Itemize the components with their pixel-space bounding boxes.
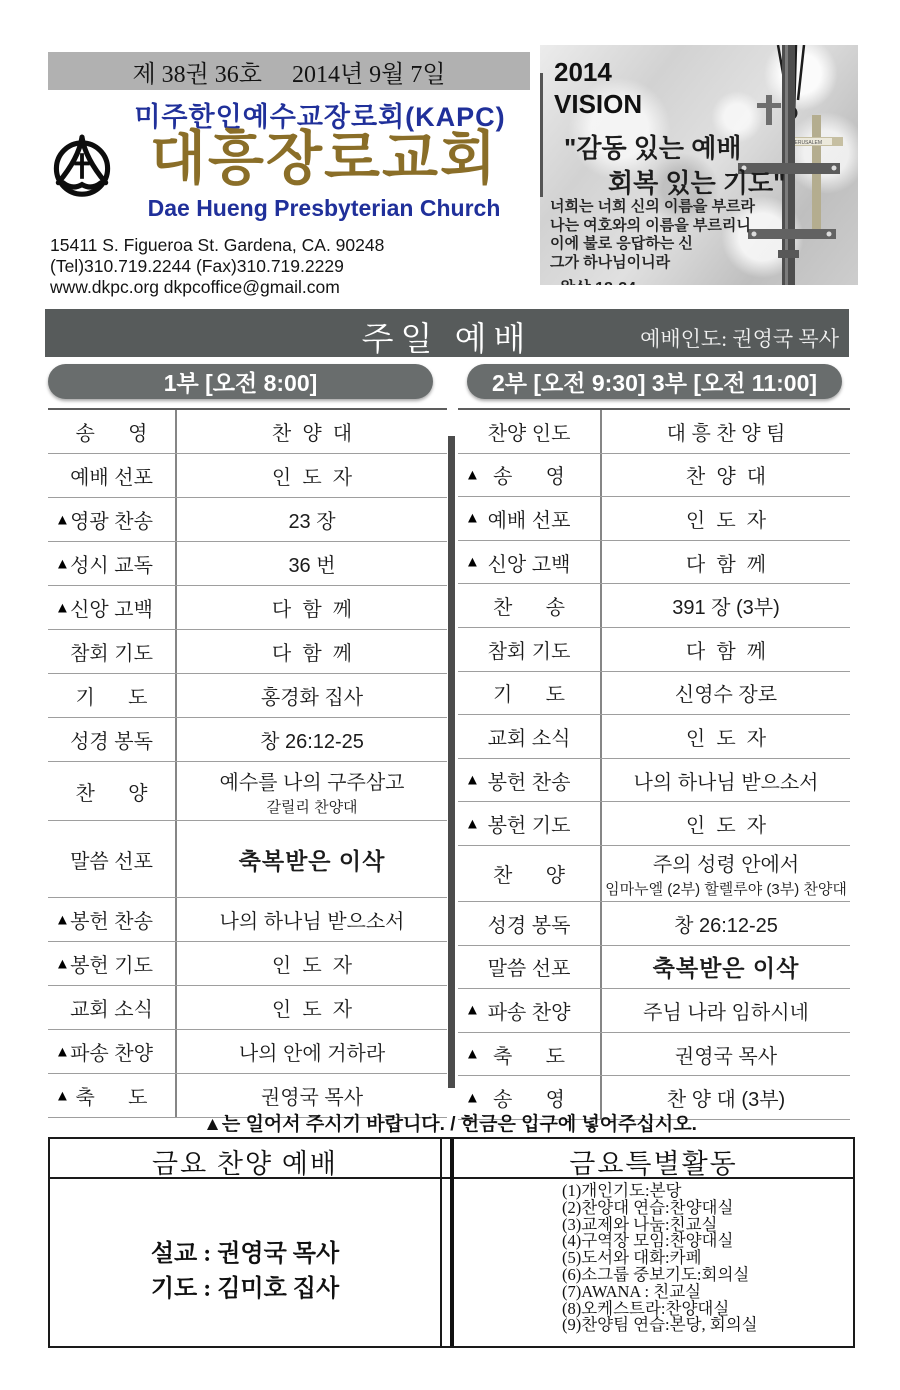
service-item-label: 파송 찬양 — [488, 996, 571, 1025]
service-row: ▲신앙 고백다 함 께 — [48, 586, 447, 630]
service-row: 송 영찬 양 대 — [48, 410, 447, 454]
service-row-value-cell: 다 함 께 — [602, 541, 850, 584]
service-row-label-cell: ▲봉헌 기도 — [458, 802, 602, 845]
service-row: 참회 기도다 함 께 — [458, 628, 850, 672]
service-item-label: 말씀 선포 — [70, 845, 153, 874]
service-row: 찬양 인도대 흥 찬 양 팀 — [458, 410, 850, 454]
service-item-value: 23 장 — [288, 505, 335, 534]
friday-vertical-rule-thin — [440, 1139, 442, 1346]
service-item-value: 인 도 자 — [272, 461, 352, 490]
service-1-header: 1부 [오전 8:00] — [48, 364, 433, 399]
service-item-value: 권영국 목사 — [261, 1081, 363, 1110]
service-item-label: 찬 양 — [493, 859, 565, 888]
service-row-value-cell: 36 번 — [177, 542, 447, 585]
service-row-label-cell: ▲신앙 고백 — [458, 541, 602, 584]
service-2-header: 2부 [오전 9:30] 3부 [오전 11:00] — [467, 364, 842, 399]
service-row-value-cell: 축복받은 이삭 — [177, 821, 447, 897]
service-row-value-cell: 391 장 (3부) — [602, 584, 850, 627]
service-row: 교회 소식인 도 자 — [48, 986, 447, 1030]
service-item-value: 주의 성령 안에서 — [653, 848, 799, 877]
service-item-label: 봉헌 기도 — [488, 809, 571, 838]
service-row: ▲봉헌 찬송나의 하나님 받으소서 — [48, 898, 447, 942]
service-item-label: 봉헌 기도 — [70, 949, 153, 978]
service-item-value: 나의 하나님 받으소서 — [634, 766, 819, 795]
standing-triangle-icon: ▲ — [55, 599, 70, 616]
standing-triangle-icon: ▲ — [55, 955, 70, 972]
list-line: 기도 : 김미호 집사 — [50, 1272, 440, 1307]
service-row-value-cell: 대 흥 찬 양 팀 — [602, 410, 850, 453]
service-row: ▲성시 교독36 번 — [48, 542, 447, 586]
service-item-value: 인 도 자 — [686, 504, 766, 533]
service-item-value: 인 도 자 — [686, 722, 766, 751]
church-logo-icon — [50, 126, 114, 206]
service-item-value: 찬 양 대 (3부) — [667, 1083, 785, 1112]
standing-triangle-icon: ▲ — [55, 1087, 70, 1104]
service-row: 말씀 선포축복받은 이삭 — [48, 821, 447, 898]
service-row-label-cell: 성경 봉독 — [48, 718, 177, 761]
table-divider-bar — [448, 436, 455, 1088]
service-item-value: 창 26:12-25 — [674, 909, 778, 938]
service-item-value: 홍경화 집사 — [261, 681, 363, 710]
service-row-label-cell: 찬양 인도 — [458, 410, 602, 453]
photo-left-rule — [540, 73, 543, 197]
service-item-value: 391 장 (3부) — [672, 591, 780, 620]
service-item-label: 신앙 고백 — [488, 548, 571, 577]
list-line: 그가 하나님이니라 — [550, 254, 755, 273]
list-line: 나는 여호와의 이름을 부르리니 — [550, 217, 755, 236]
service-row-value-cell: 신영수 장로 — [602, 672, 850, 715]
service-item-label: 신앙 고백 — [70, 593, 153, 622]
service-item-value: 대 흥 찬 양 팀 — [667, 417, 786, 446]
service-row-label-cell: 기 도 — [458, 672, 602, 715]
service-item-label: 찬 양 — [76, 777, 148, 806]
service-item-value: 찬 양 대 — [272, 417, 352, 446]
service-item-label: 영광 찬송 — [70, 505, 153, 534]
banner-leader: 예배인도: 권영국 목사 — [640, 323, 839, 353]
service-item-value: 다 함 께 — [686, 635, 766, 664]
service-row: ▲봉헌 찬송나의 하나님 받으소서 — [458, 759, 850, 803]
service-row: 찬 송391 장 (3부) — [458, 584, 850, 628]
service-row-value-cell: 다 함 께 — [177, 586, 447, 629]
list-line: 설교 : 권영국 목사 — [50, 1237, 440, 1272]
service-row-label-cell: ▲송 영 — [458, 454, 602, 497]
standing-triangle-icon: ▲ — [55, 911, 70, 928]
standing-triangle-icon: ▲ — [465, 466, 480, 483]
service-row-label-cell: 찬 양 — [48, 762, 177, 820]
service-item-value: 창 26:12-25 — [260, 725, 364, 754]
service-row-label-cell: ▲봉헌 찬송 — [48, 898, 177, 941]
service-item-value: 인 도 자 — [686, 809, 766, 838]
service-item-value: 다 함 께 — [686, 548, 766, 577]
service-row: ▲예배 선포인 도 자 — [458, 497, 850, 541]
standing-triangle-icon: ▲ — [55, 555, 70, 572]
service-item-label: 성시 교독 — [70, 549, 153, 578]
service-item-value: 다 함 께 — [272, 637, 352, 666]
service-row-label-cell: ▲봉헌 찬송 — [458, 759, 602, 802]
service-row-label-cell: 찬 양 — [458, 846, 602, 901]
service-row: ▲봉헌 기도인 도 자 — [458, 802, 850, 846]
service-row: 찬 양주의 성령 안에서임마누엘 (2부) 할렐루야 (3부) 찬양대 — [458, 846, 850, 902]
standing-triangle-icon: ▲ — [465, 815, 480, 832]
service-row: 말씀 선포축복받은 이삭 — [458, 946, 850, 990]
service-item-value: 인 도 자 — [272, 949, 352, 978]
service-item-label: 송 영 — [493, 1083, 565, 1112]
standing-footnote: ▲는 일어서 주시기 바랍니다. / 헌금은 입구에 넣어주십시오. — [0, 1109, 900, 1136]
service-item-value: 주님 나라 임하시네 — [643, 996, 809, 1025]
friday-worship-title: 금요 찬양 예배 — [50, 1142, 440, 1181]
service-row-label-cell: ▲축 도 — [458, 1033, 602, 1076]
service-row-value-cell: 창 26:12-25 — [177, 718, 447, 761]
service-item-label: 찬양 인도 — [488, 417, 571, 446]
service-row-value-cell: 찬 양 대 — [602, 454, 850, 497]
service-item-value: 다 함 께 — [272, 593, 352, 622]
standing-triangle-icon: ▲ — [465, 1089, 480, 1106]
service-row: ▲봉헌 기도인 도 자 — [48, 942, 447, 986]
standing-triangle-icon: ▲ — [465, 554, 480, 571]
service-item-label: 파송 찬양 — [70, 1037, 153, 1066]
svg-text:JERUSALEM: JERUSALEM — [792, 140, 822, 146]
friday-section-table: 금요 찬양 예배 금요특별활동 설교 : 권영국 목사기도 : 김미호 집사 (… — [48, 1137, 855, 1348]
standing-triangle-icon: ▲ — [465, 510, 480, 527]
vision-slogan-line2: 회복 있는 기도" — [608, 163, 785, 200]
service-row-label-cell: ▲신앙 고백 — [48, 586, 177, 629]
service-row-label-cell: 송 영 — [48, 410, 177, 453]
service-item-label: 기 도 — [76, 681, 148, 710]
service-item-value: 권영국 목사 — [675, 1040, 777, 1069]
service-item-value: 찬 양 대 — [686, 460, 766, 489]
service-row-label-cell: 참회 기도 — [458, 628, 602, 671]
address-line: 15411 S. Figueroa St. Gardena, CA. 90248 — [50, 235, 384, 256]
vision-verse: 너희는 너희 신의 이름을 부르라나는 여호와의 이름을 부르리니이에 불로 응… — [550, 198, 755, 272]
service-row-value-cell: 창 26:12-25 — [602, 902, 850, 945]
service-row-label-cell: 교회 소식 — [48, 986, 177, 1029]
service-row-value-cell: 인 도 자 — [177, 942, 447, 985]
service-item-value: 36 번 — [288, 549, 335, 578]
service-item-label: 말씀 선포 — [488, 952, 571, 981]
service-1-table: 송 영찬 양 대예배 선포인 도 자▲영광 찬송23 장▲성시 교독36 번▲신… — [48, 408, 447, 1118]
vision-label: VISION — [554, 89, 642, 120]
service-item-label: 예배 선포 — [70, 461, 153, 490]
service-row: 예배 선포인 도 자 — [48, 454, 447, 498]
vision-year: 2014 — [554, 57, 612, 88]
service-row-value-cell: 인 도 자 — [602, 497, 850, 540]
service-item-label: 기 도 — [493, 678, 565, 707]
service-row-label-cell: ▲파송 찬양 — [48, 1030, 177, 1073]
service-row-value-cell: 축복받은 이삭 — [602, 946, 850, 989]
service-item-label: 성경 봉독 — [70, 725, 153, 754]
service-row-value-cell: 인 도 자 — [177, 454, 447, 497]
bulletin-page: 제 38권 36호 2014년 9월 7일 미주한인예수교장로회(KAPC) 대… — [0, 0, 900, 1390]
service-item-value: 나의 안에 거하라 — [239, 1037, 385, 1066]
service-row-value-cell: 다 함 께 — [602, 628, 850, 671]
service-item-label: 축 도 — [76, 1081, 148, 1110]
service-row: 교회 소식인 도 자 — [458, 715, 850, 759]
service-row: ▲축 도권영국 목사 — [458, 1033, 850, 1077]
service-item-value: 축복받은 이삭 — [653, 950, 800, 983]
vision-photo: JERUSALEM 2014 VISION "감동 있는 예배 회복 있는 기도… — [540, 45, 858, 285]
issue-bar: 제 38권 36호 2014년 9월 7일 — [48, 52, 530, 90]
vision-verse-reference: - 왕상 18:24 — [550, 275, 636, 285]
service-2-table: 찬양 인도대 흥 찬 양 팀▲송 영찬 양 대▲예배 선포인 도 자▲신앙 고백… — [458, 408, 850, 1120]
standing-triangle-icon: ▲ — [55, 1043, 70, 1060]
service-row: ▲영광 찬송23 장 — [48, 498, 447, 542]
service-item-subvalue: 갈릴리 찬양대 — [266, 796, 357, 817]
phone-line: (Tel)310.719.2244 (Fax)310.719.2229 — [50, 256, 384, 277]
service-row-label-cell: 기 도 — [48, 674, 177, 717]
service-item-label: 찬 송 — [493, 591, 565, 620]
service-row-label-cell: 교회 소식 — [458, 715, 602, 758]
service-row-value-cell: 예수를 나의 구주삼고갈릴리 찬양대 — [177, 762, 447, 820]
church-name-english: Dae Hueng Presbyterian Church — [112, 195, 536, 222]
service-row-label-cell: ▲예배 선포 — [458, 497, 602, 540]
address-block: 15411 S. Figueroa St. Gardena, CA. 90248… — [50, 235, 384, 298]
service-item-value: 인 도 자 — [272, 993, 352, 1022]
list-line: (9)찬양팀 연습:본당, 회의실 — [562, 1317, 758, 1334]
standing-triangle-icon: ▲ — [465, 1046, 480, 1063]
service-item-subvalue: 임마누엘 (2부) 할렐루야 (3부) 찬양대 — [605, 878, 847, 899]
service-item-label: 봉헌 찬송 — [488, 766, 571, 795]
friday-activities-title: 금요특별활동 — [454, 1142, 853, 1181]
service-row: ▲파송 찬양나의 안에 거하라 — [48, 1030, 447, 1074]
service-row-label-cell: 말씀 선포 — [458, 946, 602, 989]
service-row-label-cell: 성경 봉독 — [458, 902, 602, 945]
service-row-value-cell: 나의 하나님 받으소서 — [602, 759, 850, 802]
service-item-label: 참회 기도 — [488, 635, 571, 664]
service-row-value-cell: 권영국 목사 — [602, 1033, 850, 1076]
service-item-label: 교회 소식 — [488, 722, 571, 751]
list-line: 이에 불로 응답하는 신 — [550, 235, 755, 254]
service-row: 찬 양예수를 나의 구주삼고갈릴리 찬양대 — [48, 762, 447, 821]
service-row-value-cell: 인 도 자 — [177, 986, 447, 1029]
service-item-label: 교회 소식 — [70, 993, 153, 1022]
service-row-value-cell: 홍경화 집사 — [177, 674, 447, 717]
issue-text: 제 38권 36호 2014년 9월 7일 — [132, 54, 445, 89]
service-row-label-cell: 참회 기도 — [48, 630, 177, 673]
service-row: 기 도신영수 장로 — [458, 672, 850, 716]
service-item-label: 봉헌 찬송 — [70, 905, 153, 934]
service-row: ▲파송 찬양주님 나라 임하시네 — [458, 989, 850, 1033]
standing-triangle-icon: ▲ — [465, 1002, 480, 1019]
service-item-label: 참회 기도 — [70, 637, 153, 666]
service-row-value-cell: 나의 안에 거하라 — [177, 1030, 447, 1073]
service-item-label: 축 도 — [493, 1040, 565, 1069]
service-item-label: 예배 선포 — [488, 504, 571, 533]
vision-slogan-line1: "감동 있는 예배 — [564, 128, 741, 165]
standing-triangle-icon: ▲ — [55, 511, 70, 528]
service-item-value: 예수를 나의 구주삼고 — [220, 766, 405, 795]
friday-activities-list: (1)개인기도:본당(2)찬양대 연습:찬양대실(3)교제와 나눔:친교실(4)… — [562, 1183, 758, 1334]
service-row-label-cell: ▲봉헌 기도 — [48, 942, 177, 985]
service-row-value-cell: 찬 양 대 — [177, 410, 447, 453]
service-row-value-cell: 인 도 자 — [602, 715, 850, 758]
list-line: 너희는 너희 신의 이름을 부르라 — [550, 198, 755, 217]
service-item-value: 축복받은 이삭 — [239, 843, 386, 876]
service-item-label: 성경 봉독 — [488, 909, 571, 938]
service-row: 기 도홍경화 집사 — [48, 674, 447, 718]
service-row-label-cell: ▲성시 교독 — [48, 542, 177, 585]
service-row-label-cell: ▲영광 찬송 — [48, 498, 177, 541]
service-row: ▲신앙 고백다 함 께 — [458, 541, 850, 585]
service-row-label-cell: 말씀 선포 — [48, 821, 177, 897]
service-row-value-cell: 인 도 자 — [602, 802, 850, 845]
sunday-worship-banner: 주일 예배 예배인도: 권영국 목사 — [45, 309, 849, 357]
service-row-value-cell: 나의 하나님 받으소서 — [177, 898, 447, 941]
standing-triangle-icon: ▲ — [465, 772, 480, 789]
service-row-value-cell: 다 함 께 — [177, 630, 447, 673]
service-row-value-cell: 주의 성령 안에서임마누엘 (2부) 할렐루야 (3부) 찬양대 — [602, 846, 850, 901]
service-item-value: 나의 하나님 받으소서 — [220, 905, 405, 934]
service-row-label-cell: 찬 송 — [458, 584, 602, 627]
service-row-value-cell: 23 장 — [177, 498, 447, 541]
service-row: 참회 기도다 함 께 — [48, 630, 447, 674]
web-line: www.dkpc.org dkpcoffice@gmail.com — [50, 277, 384, 298]
service-item-value: 신영수 장로 — [675, 678, 777, 707]
service-row-label-cell: 예배 선포 — [48, 454, 177, 497]
service-row-label-cell: ▲파송 찬양 — [458, 989, 602, 1032]
service-row: 성경 봉독창 26:12-25 — [48, 718, 447, 762]
service-row: ▲송 영찬 양 대 — [458, 454, 850, 498]
service-row: 성경 봉독창 26:12-25 — [458, 902, 850, 946]
service-item-label: 송 영 — [76, 417, 148, 446]
church-name-korean: 대흥장로교회 — [112, 127, 536, 191]
service-item-label: 송 영 — [493, 460, 565, 489]
service-row-value-cell: 주님 나라 임하시네 — [602, 989, 850, 1032]
friday-worship-lines: 설교 : 권영국 목사기도 : 김미호 집사 — [50, 1237, 440, 1307]
